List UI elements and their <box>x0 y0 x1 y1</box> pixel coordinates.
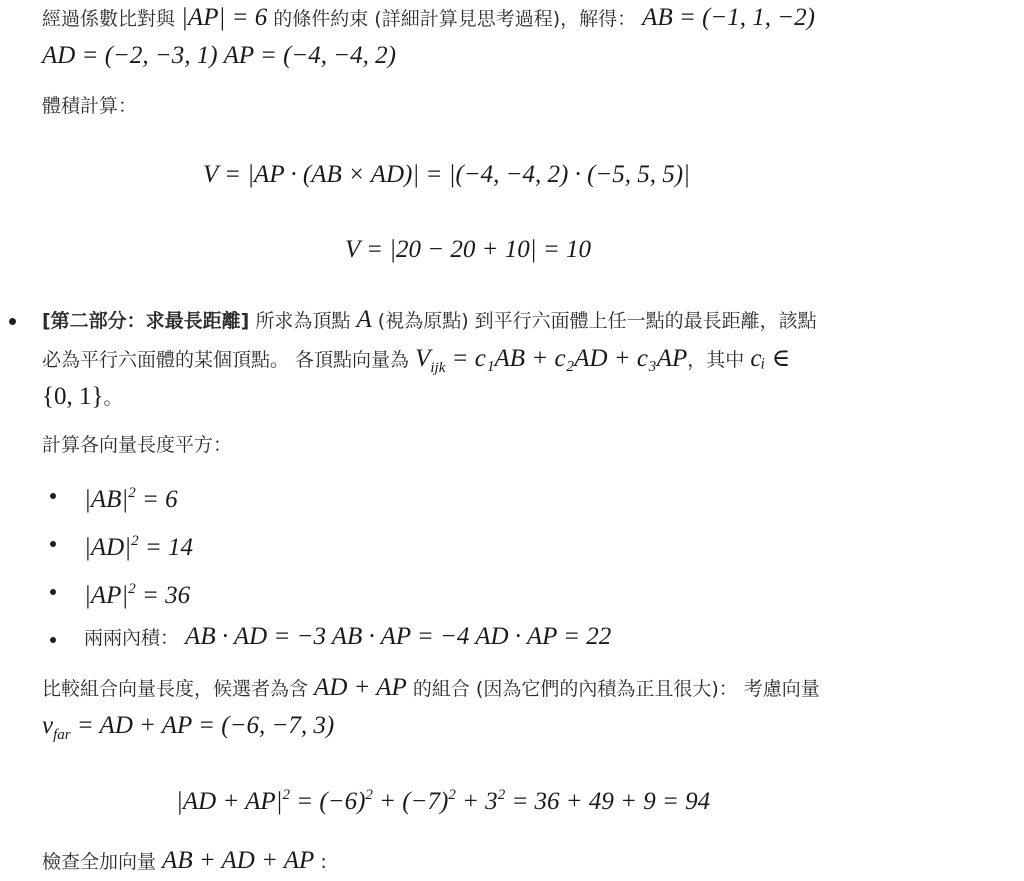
part2-heading: [第二部分：求最長距離] <box>42 310 249 332</box>
volume-equation-2: V = |20 − 20 + 10| = 10 <box>345 235 591 265</box>
math-ap-vector: AP = (−4, −4, 2) <box>224 42 396 69</box>
part2-line-3: {0, 1}。 <box>42 382 123 413</box>
check-line: 檢查全加向量 AB + AD + AP : <box>42 846 327 877</box>
text: 比較組合向量長度，候選者為含 <box>42 678 314 700</box>
bullet-icon <box>9 318 16 325</box>
math-vfar: vfar <box>42 712 71 739</box>
bullet-icon <box>50 541 56 547</box>
math-a: A <box>356 306 371 333</box>
bullet-icon <box>50 493 56 499</box>
math-ci: cᵢ ∈ <box>750 345 790 372</box>
math-vertex-eq: = c₁AB + c₂AD + c₃AP <box>445 345 687 372</box>
text: 檢查全加向量 <box>42 851 162 873</box>
math-vijk: Vijk <box>415 345 445 372</box>
text: 經過係數比對與 <box>42 8 181 30</box>
part2-line-2: 必為平行六面體的某個頂點。 各頂點向量為 Vijk = c₁AB + c₂AD … <box>42 344 790 383</box>
text: 所求為頂點 <box>249 310 356 332</box>
text: 兩兩內積： <box>84 627 185 649</box>
dot-products-item: 兩兩內積： AB · AD = −3 AB · AP = −4 AD · AP … <box>84 622 611 653</box>
math-ad-vector: AD = (−2, −3, 1) <box>42 42 218 69</box>
text: 必為平行六面體的某個頂點。 各頂點向量為 <box>42 349 415 371</box>
length-item-ad: |AD|2 = 14 <box>84 526 193 563</box>
part2-line-1: [第二部分：求最長距離] 所求為頂點 A (視為原點) 到平行六面體上任一點的最… <box>42 305 817 336</box>
math-ab-vector: AB = (−1, 1, −2) <box>642 4 815 31</box>
volume-equation-1: V = |AP · (AB × AD)| = |(−4, −4, 2) · (−… <box>203 160 690 190</box>
math-ap-norm: |AP| = 6 <box>181 4 267 31</box>
bullet-icon <box>50 589 56 595</box>
math-vfar-eq: = AD + AP = (−6, −7, 3) <box>71 712 335 739</box>
text: 的條件約束 (詳細計算見思考過程)，解得： <box>267 8 642 30</box>
length-equation: |AD + AP|2 = (−6)2 + (−7)2 + 32 = 36 + 4… <box>176 780 710 817</box>
math-dot-products: AB · AD = −3 AB · AP = −4 AD · AP = 22 <box>185 623 611 650</box>
text: ，其中 <box>687 349 750 371</box>
text: : <box>314 851 326 873</box>
solution-line-2: AD = (−2, −3, 1) AP = (−4, −4, 2) <box>42 41 396 72</box>
length-item-ap: |AP|2 = 36 <box>84 574 190 611</box>
text: 。 <box>104 387 123 409</box>
math-sum-vector: AB + AD + AP <box>162 847 314 874</box>
compare-line-1: 比較組合向量長度，候選者為含 AD + AP 的組合 (因為它們的內積為正且很大… <box>42 673 820 704</box>
math-set: {0, 1} <box>42 383 104 410</box>
text: (視為原點) 到平行六面體上任一點的最長距離，該點 <box>372 310 817 332</box>
bullet-icon <box>50 637 56 643</box>
volume-label: 體積計算： <box>42 91 137 121</box>
solution-line-1: 經過係數比對與 |AP| = 6 的條件約束 (詳細計算見思考過程)，解得： A… <box>42 3 815 34</box>
text: 的組合 (因為它們的內積為正且很大)： 考慮向量 <box>407 678 820 700</box>
math-ad-plus-ap: AD + AP <box>314 674 407 701</box>
compare-line-2: vfar = AD + AP = (−6, −7, 3) <box>42 711 334 750</box>
length-item-ab: |AB|2 = 6 <box>84 478 178 515</box>
lengths-label: 計算各向量長度平方： <box>42 430 232 460</box>
